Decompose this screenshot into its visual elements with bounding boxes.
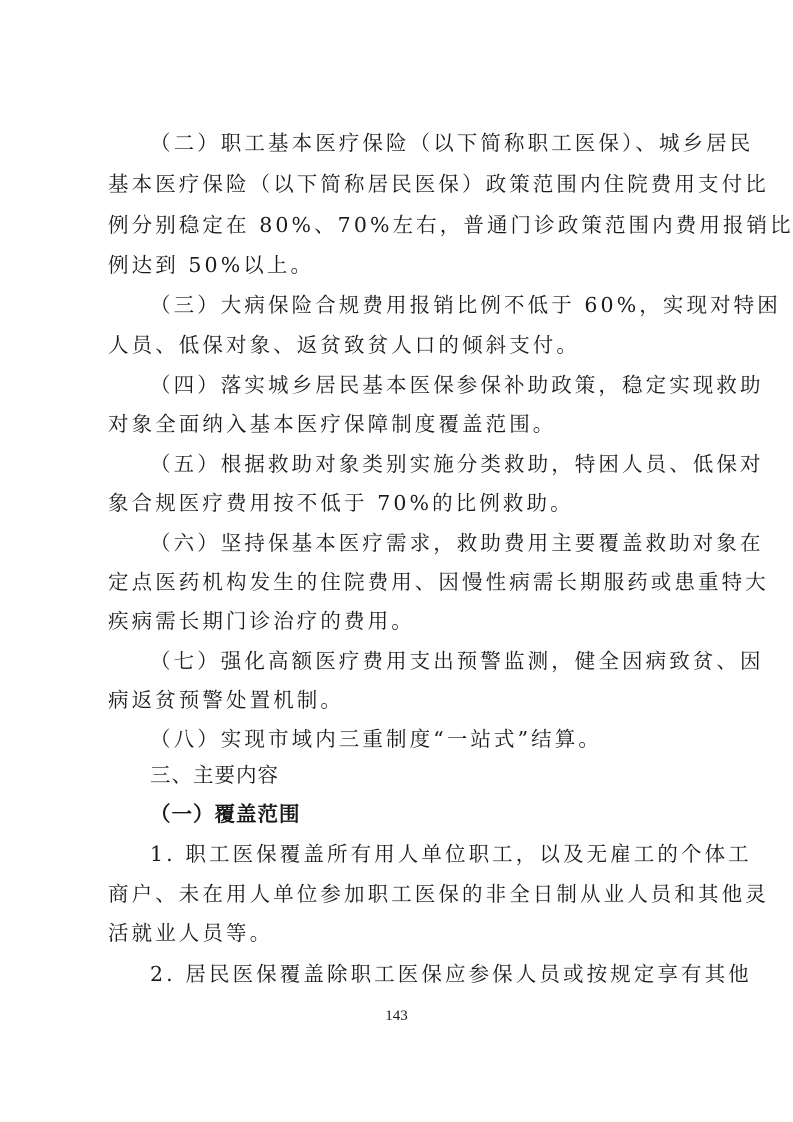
- text-line: 基本医疗保险（以下简称居民医保）政策范围内住院费用支付比: [108, 172, 688, 196]
- text-line: （七）强化高额医疗费用支出预警监测，健全因病致贫、因: [150, 649, 688, 673]
- text-line: 1. 职工医保覆盖所有用人单位职工，以及无雇工的个体工: [150, 842, 688, 866]
- text-line: （六）坚持保基本医疗需求，救助费用主要覆盖救助对象在: [150, 531, 688, 555]
- text-line: 病返贫预警处置机制。: [108, 688, 688, 712]
- text-line: （八）实现市域内三重制度“一站式”结算。: [150, 727, 688, 751]
- text-line: 2. 居民医保覆盖除职工医保应参保人员或按规定享有其他: [150, 962, 688, 986]
- text-line: （二）职工基本医疗保险（以下简称职工医保）、城乡居民: [150, 131, 688, 155]
- text-line: 人员、低保对象、返贫致贫人口的倾斜支付。: [108, 333, 688, 357]
- text-line: （三）大病保险合规费用报销比例不低于 60%，实现对特困: [150, 293, 688, 317]
- text-line: 活就业人员等。: [108, 921, 688, 945]
- text-line: （五）根据救助对象类别实施分类救助，特困人员、低保对: [150, 452, 688, 476]
- text-line: 象合规医疗费用按不低于 70%的比例救助。: [108, 491, 688, 515]
- text-line: 定点医药机构发生的住院费用、因慢性病需长期服药或患重特大: [108, 570, 688, 594]
- text-line: 商户、未在用人单位参加职工医保的非全日制从业人员和其他灵: [108, 882, 688, 906]
- subsection-heading: （一）覆盖范围: [150, 802, 688, 826]
- text-line: 对象全面纳入基本医疗保障制度覆盖范围。: [108, 412, 688, 436]
- text-line: 例达到 50%以上。: [108, 253, 688, 277]
- text-line: 例分别稳定在 80%、70%左右，普通门诊政策范围内费用报销比: [108, 213, 688, 237]
- text-line: （四）落实城乡居民基本医保参保补助政策，稳定实现救助: [150, 373, 688, 397]
- section-heading: 三、主要内容: [150, 763, 688, 787]
- text-line: 疾病需长期门诊治疗的费用。: [108, 609, 688, 633]
- page-number: 143: [0, 1008, 793, 1025]
